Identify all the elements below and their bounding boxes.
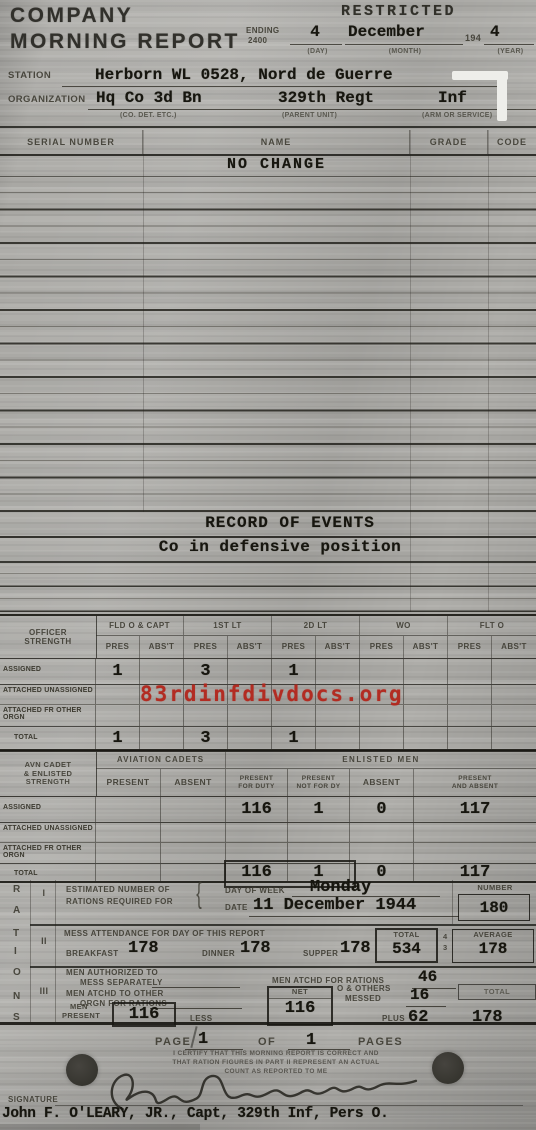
- row-label: TOTAL: [0, 864, 96, 881]
- officer-assigned-1stlt-pres: 3: [184, 659, 228, 684]
- brace-glyph: {: [196, 877, 202, 911]
- less-label: LESS: [190, 1014, 213, 1023]
- rations-letter: S: [13, 1012, 20, 1024]
- divisor-bottom: 3: [443, 944, 448, 953]
- rations-letter: R: [13, 884, 21, 896]
- others-messed-label2: MESSED: [345, 994, 381, 1003]
- divisor-top: 4: [443, 933, 448, 942]
- officer-total-fldo-pres: 1: [96, 727, 140, 749]
- grand-total-label: TOTAL: [484, 988, 510, 997]
- rations-divider-1: [30, 880, 31, 1022]
- organization-underline: [88, 93, 536, 110]
- mess-total-value: 534: [377, 940, 436, 958]
- subcol-pres: PRES: [184, 636, 228, 658]
- others-messed-underline: [406, 991, 446, 1007]
- subcol-present-not-for-duty: PRESENT NOT FOR DY: [288, 769, 350, 796]
- signature-label: SIGNATURE: [8, 1095, 58, 1104]
- rations-letter: O: [13, 967, 21, 979]
- roster-col-serial: SERIAL NUMBER: [0, 130, 143, 154]
- plus-value: 62: [408, 1008, 428, 1027]
- subcol-abst: ABS'T: [404, 636, 448, 658]
- roster-top-rule: [0, 126, 536, 128]
- date-underline: [249, 901, 459, 917]
- officer-group-fldo: FLD O & CAPT: [96, 616, 184, 635]
- enlisted-row-assigned: ASSIGNED 116 1 0 117: [0, 797, 536, 823]
- roster-col-grade: GRADE: [410, 130, 488, 154]
- enlisted-assigned-absent: 0: [350, 797, 414, 822]
- morning-report-document: COMPANY MORNING REPORT RESTRICTED ENDING…: [0, 0, 536, 1130]
- table-cell: [404, 659, 448, 684]
- officer-corner-cell: OFFICER STRENGTH: [0, 616, 97, 658]
- average-value: 178: [453, 940, 533, 958]
- grand-total-value: 178: [472, 1008, 503, 1027]
- subcol-pres: PRES: [272, 636, 316, 658]
- rations-letter: N: [13, 991, 21, 1003]
- organization-label: ORGANIZATION: [8, 95, 85, 106]
- paper-edge-shadow: [0, 1124, 200, 1130]
- enlisted-group-aviation: AVIATION CADETS: [96, 752, 226, 768]
- officer-row-total: TOTAL 1 3 1: [0, 727, 536, 751]
- men-present-label2: PRESENT: [62, 1012, 100, 1021]
- ending-label: ENDING: [246, 26, 280, 35]
- average-label: AVERAGE: [453, 931, 533, 940]
- rations-row1-rule: [30, 924, 536, 926]
- enlisted-table: AVN CADET & ENLISTED STRENGTH AVIATION C…: [0, 750, 536, 883]
- officer-subcol-row: PRES ABS'T PRES ABS'T PRES ABS'T PRES AB…: [96, 636, 536, 658]
- mess-attendance-label: MESS ATTENDANCE FOR DAY OF THIS REPORT: [64, 929, 265, 938]
- officer-table-header: OFFICER STRENGTH FLD O & CAPT 1ST LT 2D …: [0, 616, 536, 659]
- officer-total-1stlt-pres: 3: [184, 727, 228, 749]
- year-underline: [484, 28, 534, 45]
- events-title: RECORD OF EVENTS: [0, 514, 536, 532]
- signed-name-typed: John F. O'LEARY, JR., Capt, 329th Inf, P…: [2, 1106, 388, 1122]
- auth-mess-underline: [152, 972, 240, 988]
- table-cell: [492, 659, 536, 684]
- breakfast-label: BREAKFAST: [66, 949, 119, 958]
- row-label: ATTACHED UNASSIGNED: [0, 823, 96, 842]
- officer-assigned-fldo-pres: 1: [96, 659, 140, 684]
- rations-divider-2: [55, 880, 56, 1022]
- day-underline: [290, 28, 342, 45]
- enlisted-assigned-pnfd: 1: [288, 797, 350, 822]
- white-corner-mark-vertical: [497, 71, 507, 121]
- roster-header-row: SERIAL NUMBER NAME GRADE CODE: [0, 130, 536, 156]
- org-parent-sublabel: (PARENT UNIT): [282, 112, 337, 119]
- dow-underline: [292, 882, 440, 897]
- subcol-abst: ABS'T: [316, 636, 360, 658]
- rations-required-label2: RATIONS REQUIRED FOR: [66, 897, 173, 906]
- breakfast-value: 178: [128, 939, 159, 958]
- enlisted-corner-cell: AVN CADET & ENLISTED STRENGTH: [0, 752, 97, 796]
- events-empty-rows: [0, 562, 536, 612]
- rations-date-label: DATE: [225, 903, 248, 912]
- rations-numeral-2: II: [36, 936, 52, 946]
- number-value: 180: [480, 899, 509, 917]
- row-label: ASSIGNED: [0, 659, 96, 684]
- supper-label: SUPPER: [303, 949, 338, 958]
- officer-group-row: FLD O & CAPT 1ST LT 2D LT WO FLT O: [96, 616, 536, 636]
- subcol-em-absent: ABSENT: [350, 769, 414, 796]
- row-label: ATTACHED UNASSIGNED: [0, 685, 96, 704]
- year-printed: 194: [465, 33, 481, 43]
- row-label: ATTACHED FR OTHER ORGN: [0, 843, 96, 863]
- table-cell: [228, 659, 272, 684]
- rations-letter: A: [13, 905, 21, 917]
- table-cell: [404, 727, 448, 749]
- enlisted-row-attached-unassigned: ATTACHED UNASSIGNED: [0, 823, 536, 843]
- roster-divider-1: [143, 130, 144, 512]
- month-underline: [345, 28, 463, 45]
- enlisted-table-header: AVN CADET & ENLISTED STRENGTH AVIATION C…: [0, 752, 536, 797]
- dinner-value: 178: [240, 939, 271, 958]
- subcol-abst: ABS'T: [228, 636, 272, 658]
- table-cell: [228, 727, 272, 749]
- enlisted-assigned-pfd: 116: [226, 797, 288, 822]
- pages-underline: [288, 1034, 350, 1050]
- men-present-box: 116: [112, 1002, 176, 1027]
- auth-mess-label2: MESS SEPARATELY: [80, 978, 163, 987]
- rations-required-label1: ESTIMATED NUMBER OF: [66, 885, 170, 894]
- rations-letter: T: [13, 928, 20, 940]
- officer-group-wo: WO: [360, 616, 448, 635]
- grand-total-label-box: TOTAL: [458, 984, 536, 1000]
- net-label: NET: [269, 988, 331, 999]
- table-cell: [448, 659, 492, 684]
- events-title-row: RECORD OF EVENTS: [0, 512, 536, 538]
- others-messed-label1: O & OTHERS: [337, 984, 391, 993]
- roster-empty-rows: [0, 177, 536, 512]
- roster-entry-value: NO CHANGE: [143, 156, 410, 173]
- subcol-pres: PRES: [448, 636, 492, 658]
- number-box: 180: [458, 894, 530, 921]
- ending-time-label: 2400: [248, 36, 267, 45]
- auth-mess-label1: MEN AUTHORIZED TO: [66, 968, 158, 977]
- less-underline: [216, 1008, 261, 1024]
- officer-corner-line1: OFFICER: [29, 628, 67, 637]
- average-box: AVERAGE 178: [452, 929, 534, 963]
- day-sublabel: (DAY): [295, 48, 340, 55]
- subcol-present-for-duty: PRESENT FOR DUTY: [226, 769, 288, 796]
- enlisted-total-pa: 117: [414, 864, 536, 881]
- row-label: ASSIGNED: [0, 797, 96, 822]
- table-cell: [448, 727, 492, 749]
- table-cell: [316, 659, 360, 684]
- rations-section: R A T I O N S I II III ESTIMATED NUMBER …: [0, 880, 536, 1025]
- number-box-divider: [452, 880, 453, 924]
- number-label: NUMBER: [458, 884, 532, 893]
- org-arm-sublabel: (ARM OR SERVICE): [422, 112, 492, 119]
- rations-numeral-3: III: [35, 986, 53, 996]
- day-of-week-label: DAY OF WEEK: [225, 886, 285, 895]
- rations-numeral-1: I: [36, 888, 52, 898]
- month-sublabel: (MONTH): [370, 48, 440, 55]
- org-unit-sublabel: (CO. DET. ETC.): [120, 112, 177, 119]
- subcol-abst: ABS'T: [492, 636, 536, 658]
- officer-assigned-2dlt-pres: 1: [272, 659, 316, 684]
- enlisted-assigned-pa: 117: [414, 797, 536, 822]
- table-cell: [140, 659, 184, 684]
- watermark-text: 83rdinfdivdocs.org: [140, 682, 404, 706]
- officer-corner-line2: STRENGTH: [24, 637, 71, 646]
- events-entry: Co in defensive position: [0, 538, 536, 556]
- subcol-present-and-absent: PRESENT AND ABSENT: [414, 769, 536, 796]
- plus-label: PLUS: [382, 1014, 405, 1023]
- dinner-label: DINNER: [202, 949, 235, 958]
- officer-group-flto: FLT O: [448, 616, 536, 635]
- subcol-av-present: PRESENT: [96, 769, 161, 796]
- mess-total-label: TOTAL: [377, 931, 436, 940]
- table-cell: [140, 727, 184, 749]
- net-value: 116: [269, 999, 331, 1018]
- enlisted-corner-line3: STRENGTH: [26, 778, 70, 787]
- table-cell: [316, 727, 360, 749]
- supper-value: 178: [340, 939, 371, 958]
- of-label: OF: [258, 1036, 276, 1049]
- page-underline: [185, 1034, 243, 1050]
- subcol-abst: ABS'T: [140, 636, 184, 658]
- roster-col-code: CODE: [488, 130, 536, 154]
- roster-entry-row: NO CHANGE: [0, 156, 536, 177]
- subcol-pres: PRES: [360, 636, 404, 658]
- officer-group-1stlt: 1ST LT: [184, 616, 272, 635]
- officer-total-2dlt-pres: 1: [272, 727, 316, 749]
- table-cell: [360, 659, 404, 684]
- mess-total-box: TOTAL 534: [375, 928, 438, 963]
- enlisted-group-enlisted-men: ENLISTED MEN: [226, 752, 536, 768]
- punch-hole-left: [66, 1054, 98, 1086]
- form-title-line1: COMPANY: [10, 4, 133, 28]
- net-box: NET 116: [267, 986, 333, 1026]
- officer-group-2dlt: 2D LT: [272, 616, 360, 635]
- rations-letter: I: [14, 946, 17, 958]
- station-underline: [62, 70, 504, 87]
- table-cell: [492, 727, 536, 749]
- year-sublabel: (YEAR): [488, 48, 533, 55]
- row-label: ATTACHED FR OTHER ORGN: [0, 705, 96, 726]
- station-label: STATION: [8, 71, 51, 82]
- subcol-pres: PRES: [96, 636, 140, 658]
- form-title-line2: MORNING REPORT: [10, 30, 240, 54]
- events-entry-row: Co in defensive position: [0, 536, 536, 563]
- row-label: TOTAL: [0, 727, 96, 749]
- enlisted-group-row: AVIATION CADETS ENLISTED MEN: [96, 752, 536, 769]
- officer-row-attached-fr: ATTACHED FR OTHER ORGN: [0, 705, 536, 727]
- subcol-av-absent: ABSENT: [161, 769, 226, 796]
- roster-col-name: NAME: [143, 130, 410, 154]
- restricted-stamp: RESTRICTED: [341, 3, 456, 20]
- table-cell: [360, 727, 404, 749]
- men-present-value: 116: [129, 1005, 160, 1024]
- pages-label: PAGES: [358, 1036, 403, 1049]
- enlisted-subcol-row: PRESENT ABSENT PRESENT FOR DUTY PRESENT …: [96, 769, 536, 796]
